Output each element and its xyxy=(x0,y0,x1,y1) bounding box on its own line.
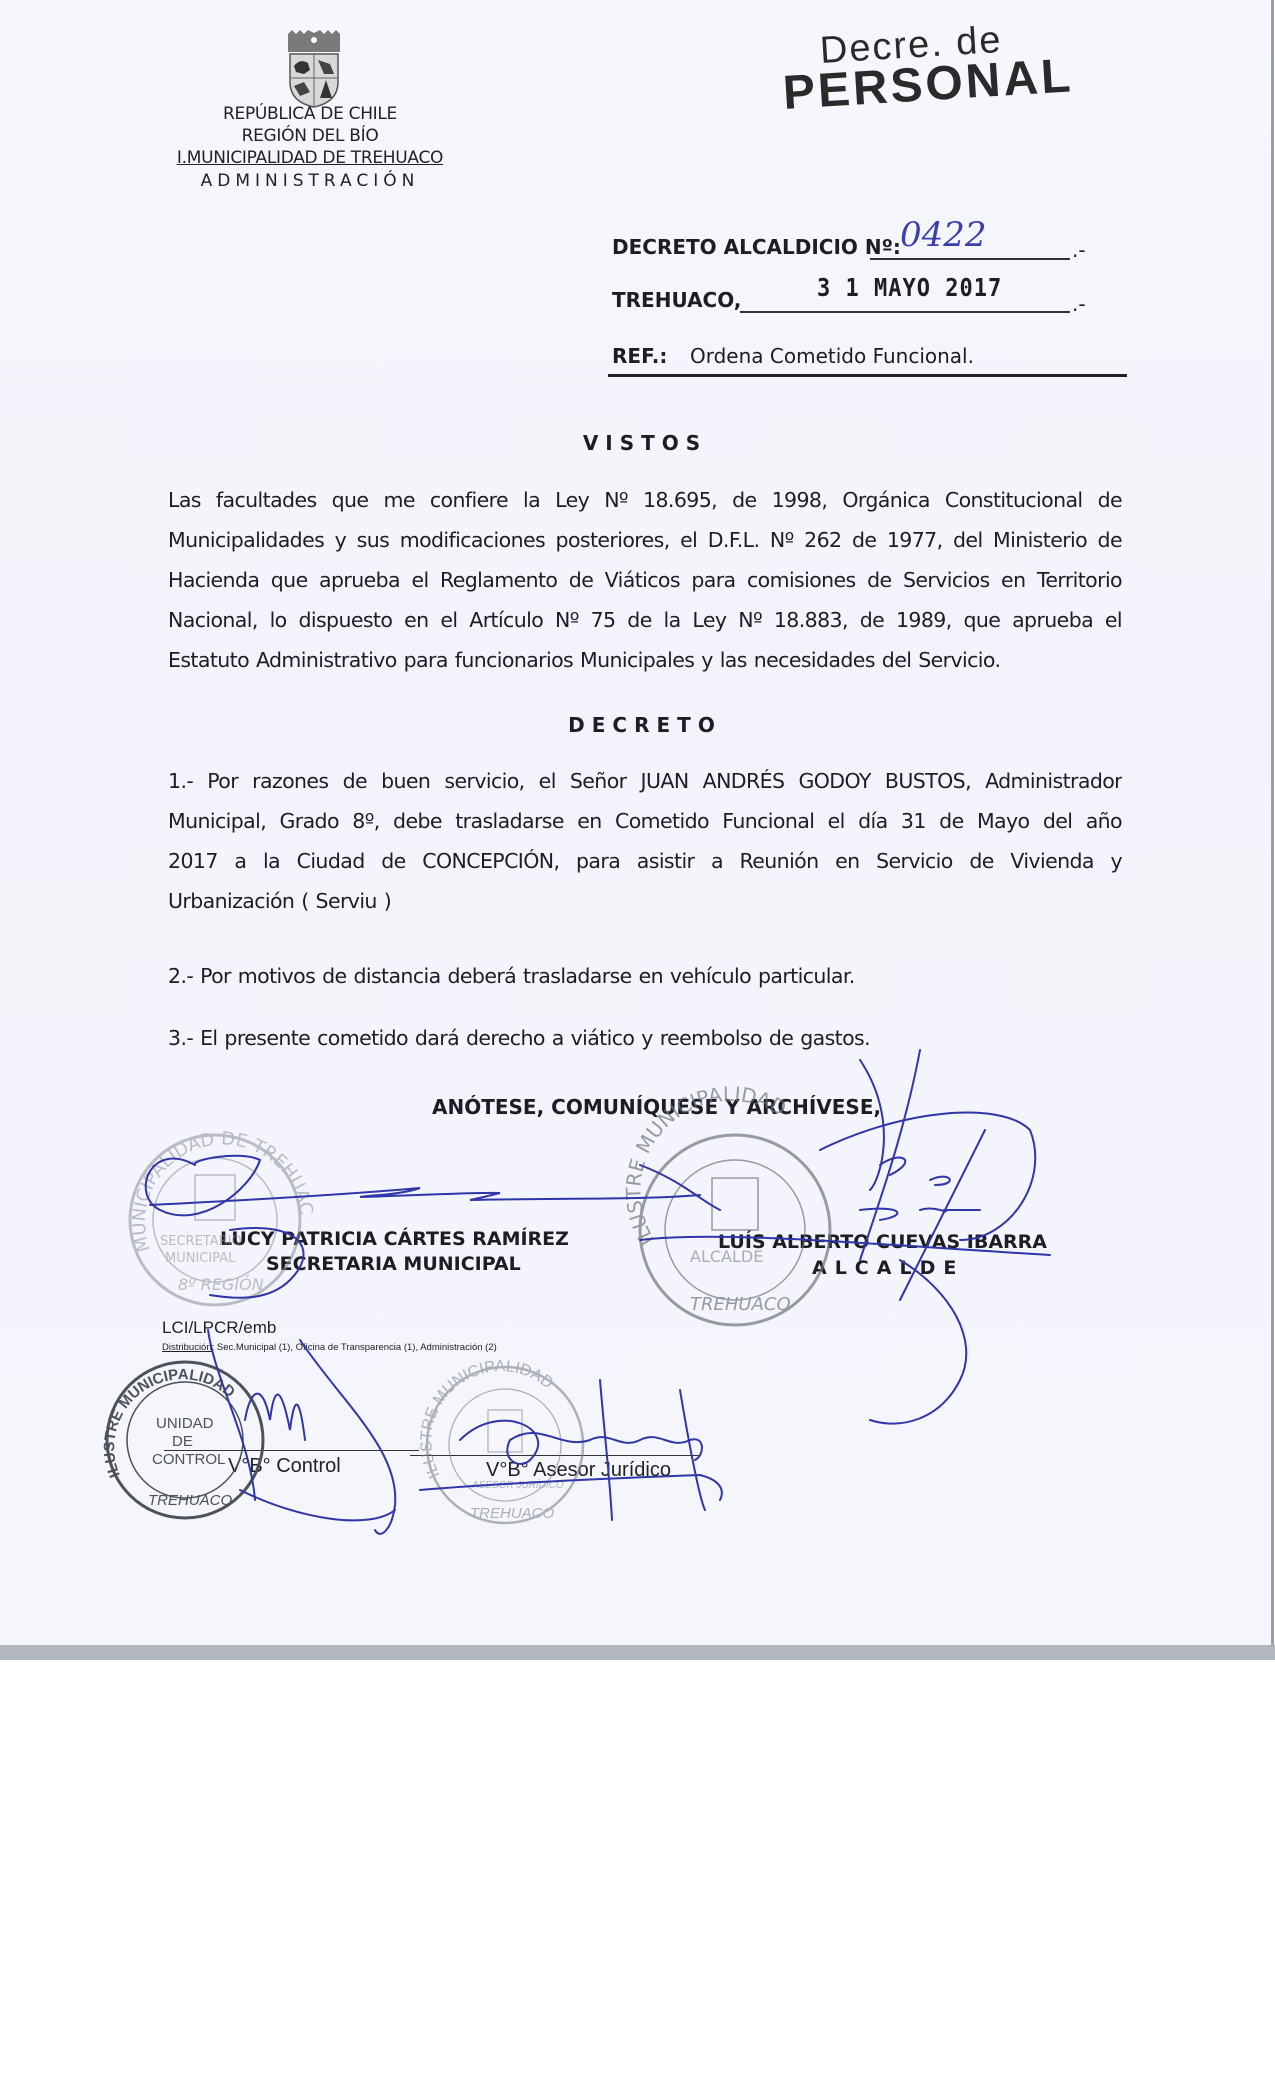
initials-reference: LCI/LPCR/emb xyxy=(162,1318,276,1338)
closing-formula: ANÓTESE, COMUNÍQUESE Y ARCHÍVESE, xyxy=(432,1095,881,1119)
header-department: ADMINISTRACIÓN xyxy=(145,171,475,191)
vistos-heading: VISTOS xyxy=(0,431,1275,455)
date-line xyxy=(740,311,1070,313)
ref-label: REF.: xyxy=(612,344,667,368)
date-suffix: .- xyxy=(1072,292,1086,316)
header-region: REGIÓN DEL BÍO xyxy=(145,126,475,146)
coat-of-arms-icon xyxy=(282,30,346,108)
decreto-item-1: 1.- Por razones de buen servicio, el Señ… xyxy=(168,761,1122,921)
legal-approval-label: V°B° Asesor Jurídico xyxy=(486,1459,671,1482)
scanner-edge xyxy=(0,1645,1275,1660)
decree-number-line xyxy=(870,258,1070,260)
date-stamp: 3 1 MAYO 2017 xyxy=(817,274,1002,303)
decreto-item-2: 2.- Por motivos de distancia deberá tras… xyxy=(168,956,1122,996)
vistos-line: Nacional, lo dispuesto en el Artículo Nº… xyxy=(168,600,1122,640)
decree-number-label: DECRETO ALCALDICIO Nº: xyxy=(612,235,901,259)
mayor-title: ALCALDE xyxy=(812,1257,964,1279)
mayor-name: LUÍS ALBERTO CUEVAS IBARRA xyxy=(718,1231,1047,1253)
decreto-heading: DECRETO xyxy=(0,713,1275,737)
item-1-line: 1.- Por razones de buen servicio, el Señ… xyxy=(168,761,1122,801)
vistos-line: Municipalidades y sus modificaciones pos… xyxy=(168,520,1122,560)
item-3-text: 3.- El presente cometido dará derecho a … xyxy=(168,1018,1122,1058)
vistos-paragraph: Las facultades que me confiere la Ley Nº… xyxy=(168,480,1122,680)
item-1-line: Urbanización ( Serviu ) xyxy=(168,881,1122,921)
control-signature-line xyxy=(164,1450,419,1451)
distribution-text: : Sec.Municipal (1), Oficina de Transpar… xyxy=(212,1342,497,1353)
distribution-list: Distribución: Sec.Municipal (1), Oficina… xyxy=(162,1342,497,1353)
vistos-line: Las facultades que me confiere la Ley Nº… xyxy=(168,480,1122,520)
control-approval-label: V°B° Control xyxy=(228,1455,341,1478)
legal-signature-line xyxy=(410,1455,700,1456)
ref-underline xyxy=(608,374,1127,377)
place-label: TREHUACO, xyxy=(612,288,741,312)
vistos-line: Estatuto Administrativo para funcionario… xyxy=(168,640,1122,680)
decree-number-value: 0422 xyxy=(900,215,987,255)
vistos-line: Hacienda que aprueba el Reglamento de Vi… xyxy=(168,560,1122,600)
secretary-name: LUCY PATRICIA CÁRTES RAMÍREZ xyxy=(220,1228,569,1250)
item-1-line: 2017 a la Ciudad de CONCEPCIÓN, para asi… xyxy=(168,841,1122,881)
item-1-line: Municipal, Grado 8º, debe trasladarse en… xyxy=(168,801,1122,841)
secretary-title: SECRETARIA MUNICIPAL xyxy=(266,1253,521,1275)
decreto-item-3: 3.- El presente cometido dará derecho a … xyxy=(168,1018,1122,1058)
ref-value: Ordena Cometido Funcional. xyxy=(690,344,974,368)
decree-number-suffix: .- xyxy=(1072,238,1086,262)
header-municipality: I.MUNICIPALIDAD DE TREHUACO xyxy=(145,148,475,168)
item-2-text: 2.- Por motivos de distancia deberá tras… xyxy=(168,956,1122,996)
distribution-label: Distribución xyxy=(162,1342,212,1353)
header-country: REPÚBLICA DE CHILE xyxy=(145,104,475,124)
